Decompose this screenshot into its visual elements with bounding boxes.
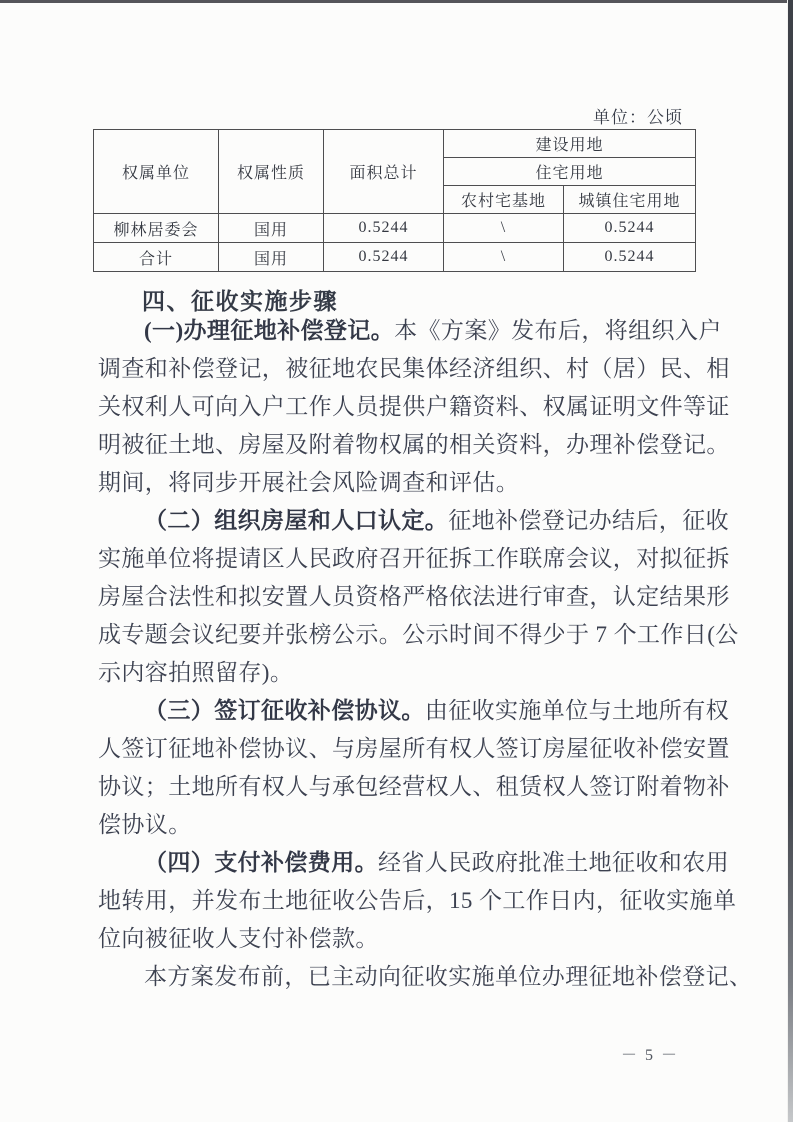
body-line: 成专题会议纪要并张榜公示。公示时间不得少于 7 个工作日(公 [98, 616, 699, 654]
body-line: 位向被征收人支付补偿款。 [98, 920, 699, 958]
cell-nature: 国用 [219, 243, 324, 272]
cell-urban-residential: 0.5244 [564, 214, 696, 243]
body-line: 实施单位将提请区人民政府召开征拆工作联席会议，对拟征拆 [98, 540, 699, 578]
header-rural-homestead: 农村宅基地 [444, 186, 564, 214]
land-ownership-table: 权属单位 权属性质 面积总计 建设用地 住宅用地 农村宅基地 城镇住宅用地 柳林… [93, 129, 696, 272]
body-line: （四）支付补偿费用。经省人民政府批准土地征收和农用 [98, 844, 699, 882]
header-residential-land: 住宅用地 [444, 158, 696, 186]
scanned-document-page: 单位：公顷 权属单位 权属性质 面积总计 建设用地 住宅用地 农村宅基地 城镇住… [0, 0, 793, 1122]
cell-nature: 国用 [219, 214, 324, 243]
table-row: 合计 国用 0.5244 \ 0.5244 [94, 243, 696, 272]
body-line: 期间，将同步开展社会风险调查和评估。 [98, 464, 699, 502]
body-line: （三）签订征收补偿协议。由征收实施单位与土地所有权 [98, 692, 699, 730]
table-row: 柳林居委会 国用 0.5244 \ 0.5244 [94, 214, 696, 243]
header-urban-residential: 城镇住宅用地 [564, 186, 696, 214]
body-line: 偿协议。 [98, 806, 699, 844]
paragraph-lead: （四）支付补偿费用。 [144, 850, 378, 875]
cell-rural-homestead: \ [444, 243, 564, 272]
paragraph-lead: （三）签订征收补偿协议。 [144, 698, 425, 723]
cell-rural-homestead: \ [444, 214, 564, 243]
paragraph-lead: (一)办理征地补偿登记。 [144, 318, 394, 343]
body-line: 本方案发布前，已主动向征收实施单位办理征地补偿登记、 [98, 958, 699, 996]
body-line: 人签订征地补偿协议、与房屋所有权人签订房屋征收补偿安置 [98, 730, 699, 768]
header-construction-land: 建设用地 [444, 130, 696, 158]
cell-unit-name: 合计 [94, 243, 219, 272]
body-line: (一)办理征地补偿登记。本《方案》发布后，将组织入户 [98, 312, 699, 350]
header-ownership-unit: 权属单位 [94, 130, 219, 214]
body-line: 调查和补偿登记，被征地农民集体经济组织、村（居）民、相 [98, 350, 699, 388]
cell-unit-name: 柳林居委会 [94, 214, 219, 243]
body-line: 明被征土地、房屋及附着物权属的相关资料，办理补偿登记。 [98, 426, 699, 464]
scan-top-edge-artifact [0, 0, 793, 3]
scan-right-edge-artifact [787, 0, 793, 1122]
cell-total-area: 0.5244 [324, 214, 444, 243]
body-line: 关权利人可向入户工作人员提供户籍资料、权属证明文件等证 [98, 388, 699, 426]
body-line: 示内容拍照留存)。 [98, 654, 699, 692]
paragraph-lead: （二）组织房屋和人口认定。 [144, 508, 448, 533]
table-unit-label: 单位：公顷 [593, 103, 683, 128]
cell-urban-residential: 0.5244 [564, 243, 696, 272]
body-line: （二）组织房屋和人口认定。征地补偿登记办结后，征收 [98, 502, 699, 540]
header-ownership-nature: 权属性质 [219, 130, 324, 214]
body-line: 房屋合法性和拟安置人员资格严格依法进行审查，认定结果形 [98, 578, 699, 616]
body-line: 协议；土地所有权人与承包经营权人、租赁权人签订附着物补 [98, 768, 699, 806]
table-header-row-1: 权属单位 权属性质 面积总计 建设用地 [94, 130, 696, 158]
document-body: (一)办理征地补偿登记。本《方案》发布后，将组织入户 调查和补偿登记，被征地农民… [98, 312, 699, 996]
body-line: 地转用，并发布土地征收公告后，15 个工作日内，征收实施单 [98, 882, 699, 920]
cell-total-area: 0.5244 [324, 243, 444, 272]
page-number: － 5 － [595, 1042, 705, 1065]
header-total-area: 面积总计 [324, 130, 444, 214]
